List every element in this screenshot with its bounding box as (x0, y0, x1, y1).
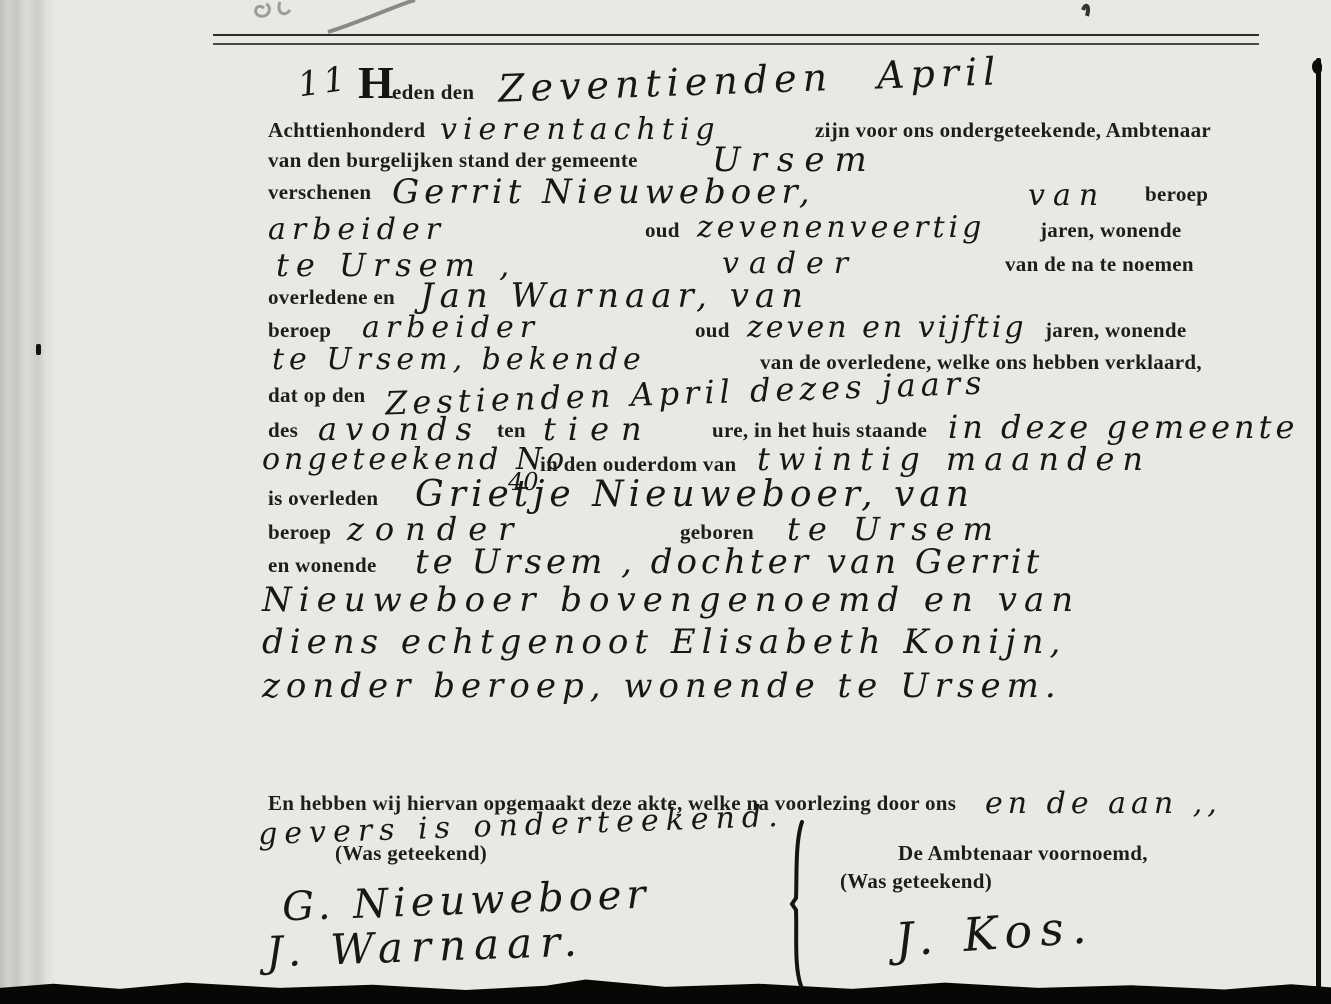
printed-was-geteekend-left: (Was geteekend) (335, 841, 487, 866)
right-margin-rule-blob (1312, 60, 1322, 74)
printed-burgerlijke-stand: van den burgelijken stand der gemeente (268, 148, 638, 173)
printed-is-overleden: is overleden (268, 486, 378, 511)
hand-declarant1-age: zevenenveertig (697, 210, 985, 245)
printed-beroep-2: beroep (268, 318, 331, 343)
hand-deceased-name: Grietje Nieuweboer, van (415, 474, 974, 515)
hand-declarant2-age: zeven en vijftig (747, 310, 1027, 345)
hand-registration-date: Zeventienden April (497, 49, 1002, 111)
hand-declarant2-occupation: arbeider (362, 310, 540, 345)
printed-heden-den: eden den (392, 80, 474, 105)
printed-achttienhonderd: Achttienhonderd (268, 118, 425, 143)
printed-ambtenaar-voornoemd: De Ambtenaar voornoemd, (898, 841, 1148, 866)
top-double-rule (213, 34, 1259, 45)
bottom-scan-edge (0, 978, 1331, 1004)
signature-declarant-2: J. Warnaar. (265, 916, 585, 976)
hand-father-reference: Nieuweboer bovengenoemd en van (262, 580, 1080, 620)
printed-oud-1: oud (645, 218, 680, 243)
previous-entry-remnant-strokes (250, 0, 1100, 34)
hand-mother-details: zonder beroep, wonende te Ursem. (262, 666, 1062, 706)
ink-fleck (36, 344, 41, 355)
printed-beroep-3: beroep (268, 520, 331, 545)
hand-closing-a: en de aan ,, (985, 786, 1222, 821)
right-margin-rule (1316, 58, 1321, 990)
act-number: 11 (295, 59, 351, 106)
hand-van: van (1028, 178, 1106, 213)
dropcap-h: H (358, 66, 394, 100)
printed-verschenen: verschenen (268, 180, 371, 205)
page-fold-shadow (0, 0, 56, 1004)
signature-column-brace (786, 820, 812, 988)
hand-age-at-death: twintig maanden (757, 440, 1151, 478)
printed-dat-op-den: dat op den (268, 383, 366, 408)
death-record-scan: 11 H eden den Zeventienden April Achttie… (0, 0, 1331, 1004)
printed-ten: ten (497, 418, 526, 443)
hand-declarant1-occupation: arbeider (268, 212, 446, 247)
printed-des: des (268, 418, 298, 443)
signature-official: J. Kos. (893, 899, 1095, 967)
printed-na-te-noemen: van de na te noemen (1005, 252, 1194, 277)
hand-deceased-residence: te Ursem , dochter van Gerrit (415, 542, 1043, 582)
printed-oud-2: oud (695, 318, 730, 343)
printed-en-wonende: en wonende (268, 553, 377, 578)
printed-jaren-wonende-1: jaren, wonende (1040, 218, 1181, 243)
hand-year: vierentachtig (440, 112, 721, 147)
hand-mother-name: diens echtgenoot Elisabeth Konijn, (262, 622, 1066, 662)
hand-declarant2-residence: te Ursem, bekende (272, 342, 646, 377)
printed-was-geteekend-right: (Was geteekend) (840, 869, 992, 894)
printed-beroep-1: beroep (1145, 182, 1208, 207)
printed-jaren-wonende-2: jaren, wonende (1045, 318, 1186, 343)
hand-declarant1-name: Gerrit Nieuweboer, (392, 172, 815, 212)
printed-overledene-en: overledene en (268, 285, 395, 310)
